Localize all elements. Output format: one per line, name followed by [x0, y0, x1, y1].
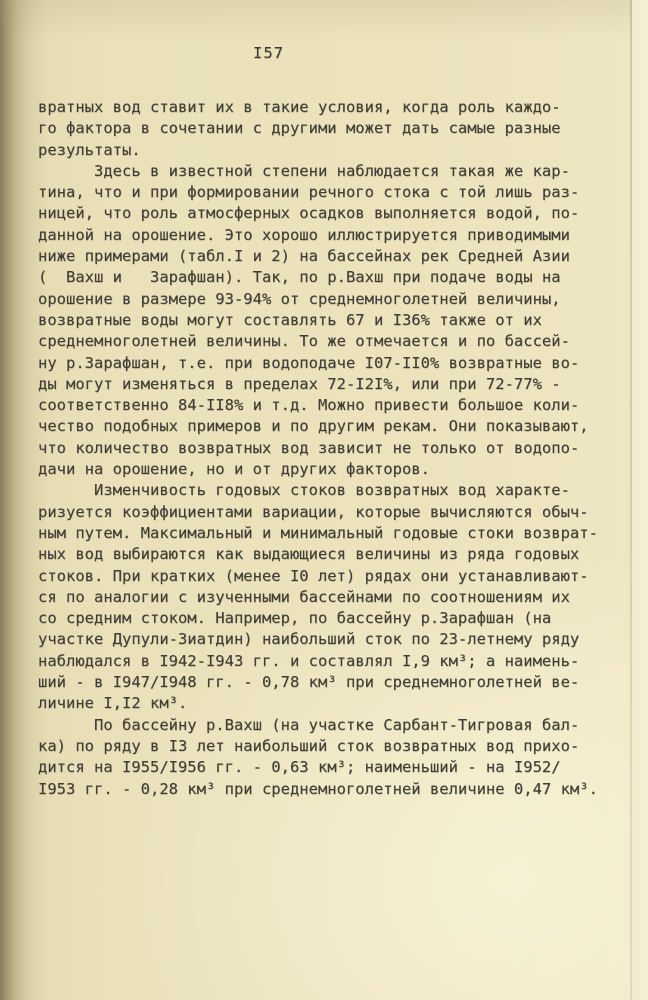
- text-line: дачи на орошение, но и от других факторо…: [38, 459, 622, 480]
- text-line: со средним стоком. Например, по бассейну…: [38, 608, 622, 629]
- page-body-text: вратных вод ставит их в такие условия, к…: [38, 97, 622, 800]
- page-number: I57: [253, 44, 284, 62]
- text-line: Здесь в известной степени наблюдается та…: [38, 161, 622, 182]
- paragraph: По бассейну р.Вахш (на участке Сарбант-Т…: [38, 715, 622, 800]
- text-line: стоков. При кратких (менее I0 лет) рядах…: [38, 566, 622, 587]
- text-line: наблюдался в I942-I943 гг. и составлял I…: [38, 651, 622, 672]
- text-line: ка) по ряду в I3 лет наибольший сток воз…: [38, 736, 622, 757]
- text-line: соответственно 84-II8% и т.д. Можно прив…: [38, 395, 622, 416]
- text-line: среднемноголетней величины. То же отмеча…: [38, 331, 622, 352]
- text-line: Изменчивость годовых стоков возвратных в…: [38, 480, 622, 501]
- text-line: I953 гг. - 0,28 км³ при среднемноголетне…: [38, 779, 622, 800]
- text-line: чество подобных примеров и по другим рек…: [38, 416, 622, 437]
- text-line: ных вод выбираются как выдающиеся величи…: [38, 544, 622, 565]
- paragraph: Изменчивость годовых стоков возвратных в…: [38, 480, 622, 714]
- text-line: возвратные воды могут составлять 67 и I3…: [38, 310, 622, 331]
- text-line: участке Дупули-Зиатдин) наибольший сток …: [38, 629, 622, 650]
- text-line: ниже примерами (табл.I и 2) на бассейнах…: [38, 246, 622, 267]
- text-line: ший - в I947/I948 гг. - 0,78 км³ при сре…: [38, 672, 622, 693]
- scanned-book-page: { "page": { "number": "I57", "paragraphs…: [0, 0, 648, 1000]
- text-line: тина, что и при формировании речного сто…: [38, 182, 622, 203]
- text-line: результаты.: [38, 140, 622, 161]
- text-line: ризуется коэффициентами вариации, которы…: [38, 502, 622, 523]
- page-edge-highlight: [632, 0, 648, 1000]
- text-line: орошение в размере 93-94% от среднемного…: [38, 289, 622, 310]
- text-line: го фактора в сочетании с другими может д…: [38, 118, 622, 139]
- paragraph: Здесь в известной степени наблюдается та…: [38, 161, 622, 480]
- text-line: ся по аналогии с изученными бассейнами п…: [38, 587, 622, 608]
- text-line: ным путем. Максимальный и минимальный го…: [38, 523, 622, 544]
- text-line: вратных вод ставит их в такие условия, к…: [38, 97, 622, 118]
- text-line: ды могут изменяться в пределах 72-I2I%, …: [38, 374, 622, 395]
- paragraph: вратных вод ставит их в такие условия, к…: [38, 97, 622, 161]
- text-line: ницей, что роль атмосферных осадков выпо…: [38, 203, 622, 224]
- text-line: ну р.Зарафшан, т.е. при водоподаче I07-I…: [38, 353, 622, 374]
- text-line: По бассейну р.Вахш (на участке Сарбант-Т…: [38, 715, 622, 736]
- text-line: ( Вахш и Зарафшан). Так, по р.Вахш при п…: [38, 267, 622, 288]
- text-line: что количество возвратных вод зависит не…: [38, 438, 622, 459]
- text-line: дится на I955/I956 гг. - 0,63 км³; наиме…: [38, 757, 622, 778]
- text-line: личине I,I2 км³.: [38, 693, 622, 714]
- text-line: данной на орошение. Это хорошо иллюстрир…: [38, 225, 622, 246]
